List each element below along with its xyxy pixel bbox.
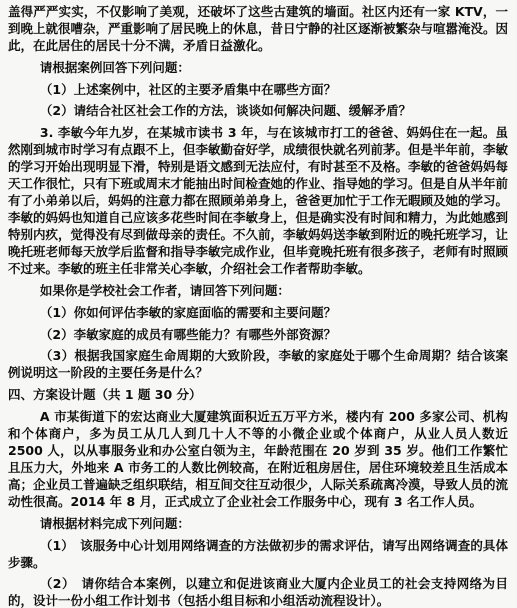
case3-questions-prompt: 如果你是学校社会工作者，请回答下列问题：: [8, 282, 508, 299]
case2-question-1: （1）上述案例中，社区的主要矛盾集中在哪些方面？: [8, 81, 508, 98]
case3-question-3: （3）根据我国家庭生命周期的大致阶段，李敏的家庭处于哪个生命周期？结合该案例说明…: [8, 347, 508, 381]
case4-paragraph: A 市某街道下的宏达商业大厦建筑面积近五万平方米，楼内有 200 多家公司、机构…: [8, 408, 508, 510]
case3-question-2: （2）李敏家庭的成员有哪些能力？有哪些外部资源？: [8, 326, 508, 343]
case3-question-1: （1）你如何评估李敏的家庭面临的需要和主要问题？: [8, 304, 508, 321]
exam-paper-page: 盖得严严实实，不仅影响了美观，还破坏了这些古建筑的墙面。社区内还有一家 KTV，…: [0, 0, 517, 608]
case4-question-2: （2） 请你结合本案例，以建立和促进该商业大厦内企业员工的社会支持网络为目的，设…: [8, 575, 508, 608]
case3-paragraph: 3. 李敏今年九岁，在某城市读书 3 年，与在该城市打工的爸爸、妈妈住在一起。虽…: [8, 124, 508, 277]
section4-heading: 四、方案设计题（共 1 题 30 分）: [8, 386, 508, 403]
case2-questions-prompt: 请根据案例回答下列问题：: [8, 59, 508, 76]
case4-question-1: （1） 该服务中心计划用网络调查的方法做初步的需求评估，请写出网络调查的具体步骤…: [8, 537, 508, 571]
case4-questions-prompt: 请根据材料完成下列问题：: [8, 515, 508, 532]
case2-question-2: （2）请结合社区社会工作的方法，谈谈如何解决问题、缓解矛盾？: [8, 102, 508, 119]
case2-paragraph-continuation: 盖得严严实实，不仅影响了美观，还破坏了这些古建筑的墙面。社区内还有一家 KTV，…: [8, 3, 508, 54]
